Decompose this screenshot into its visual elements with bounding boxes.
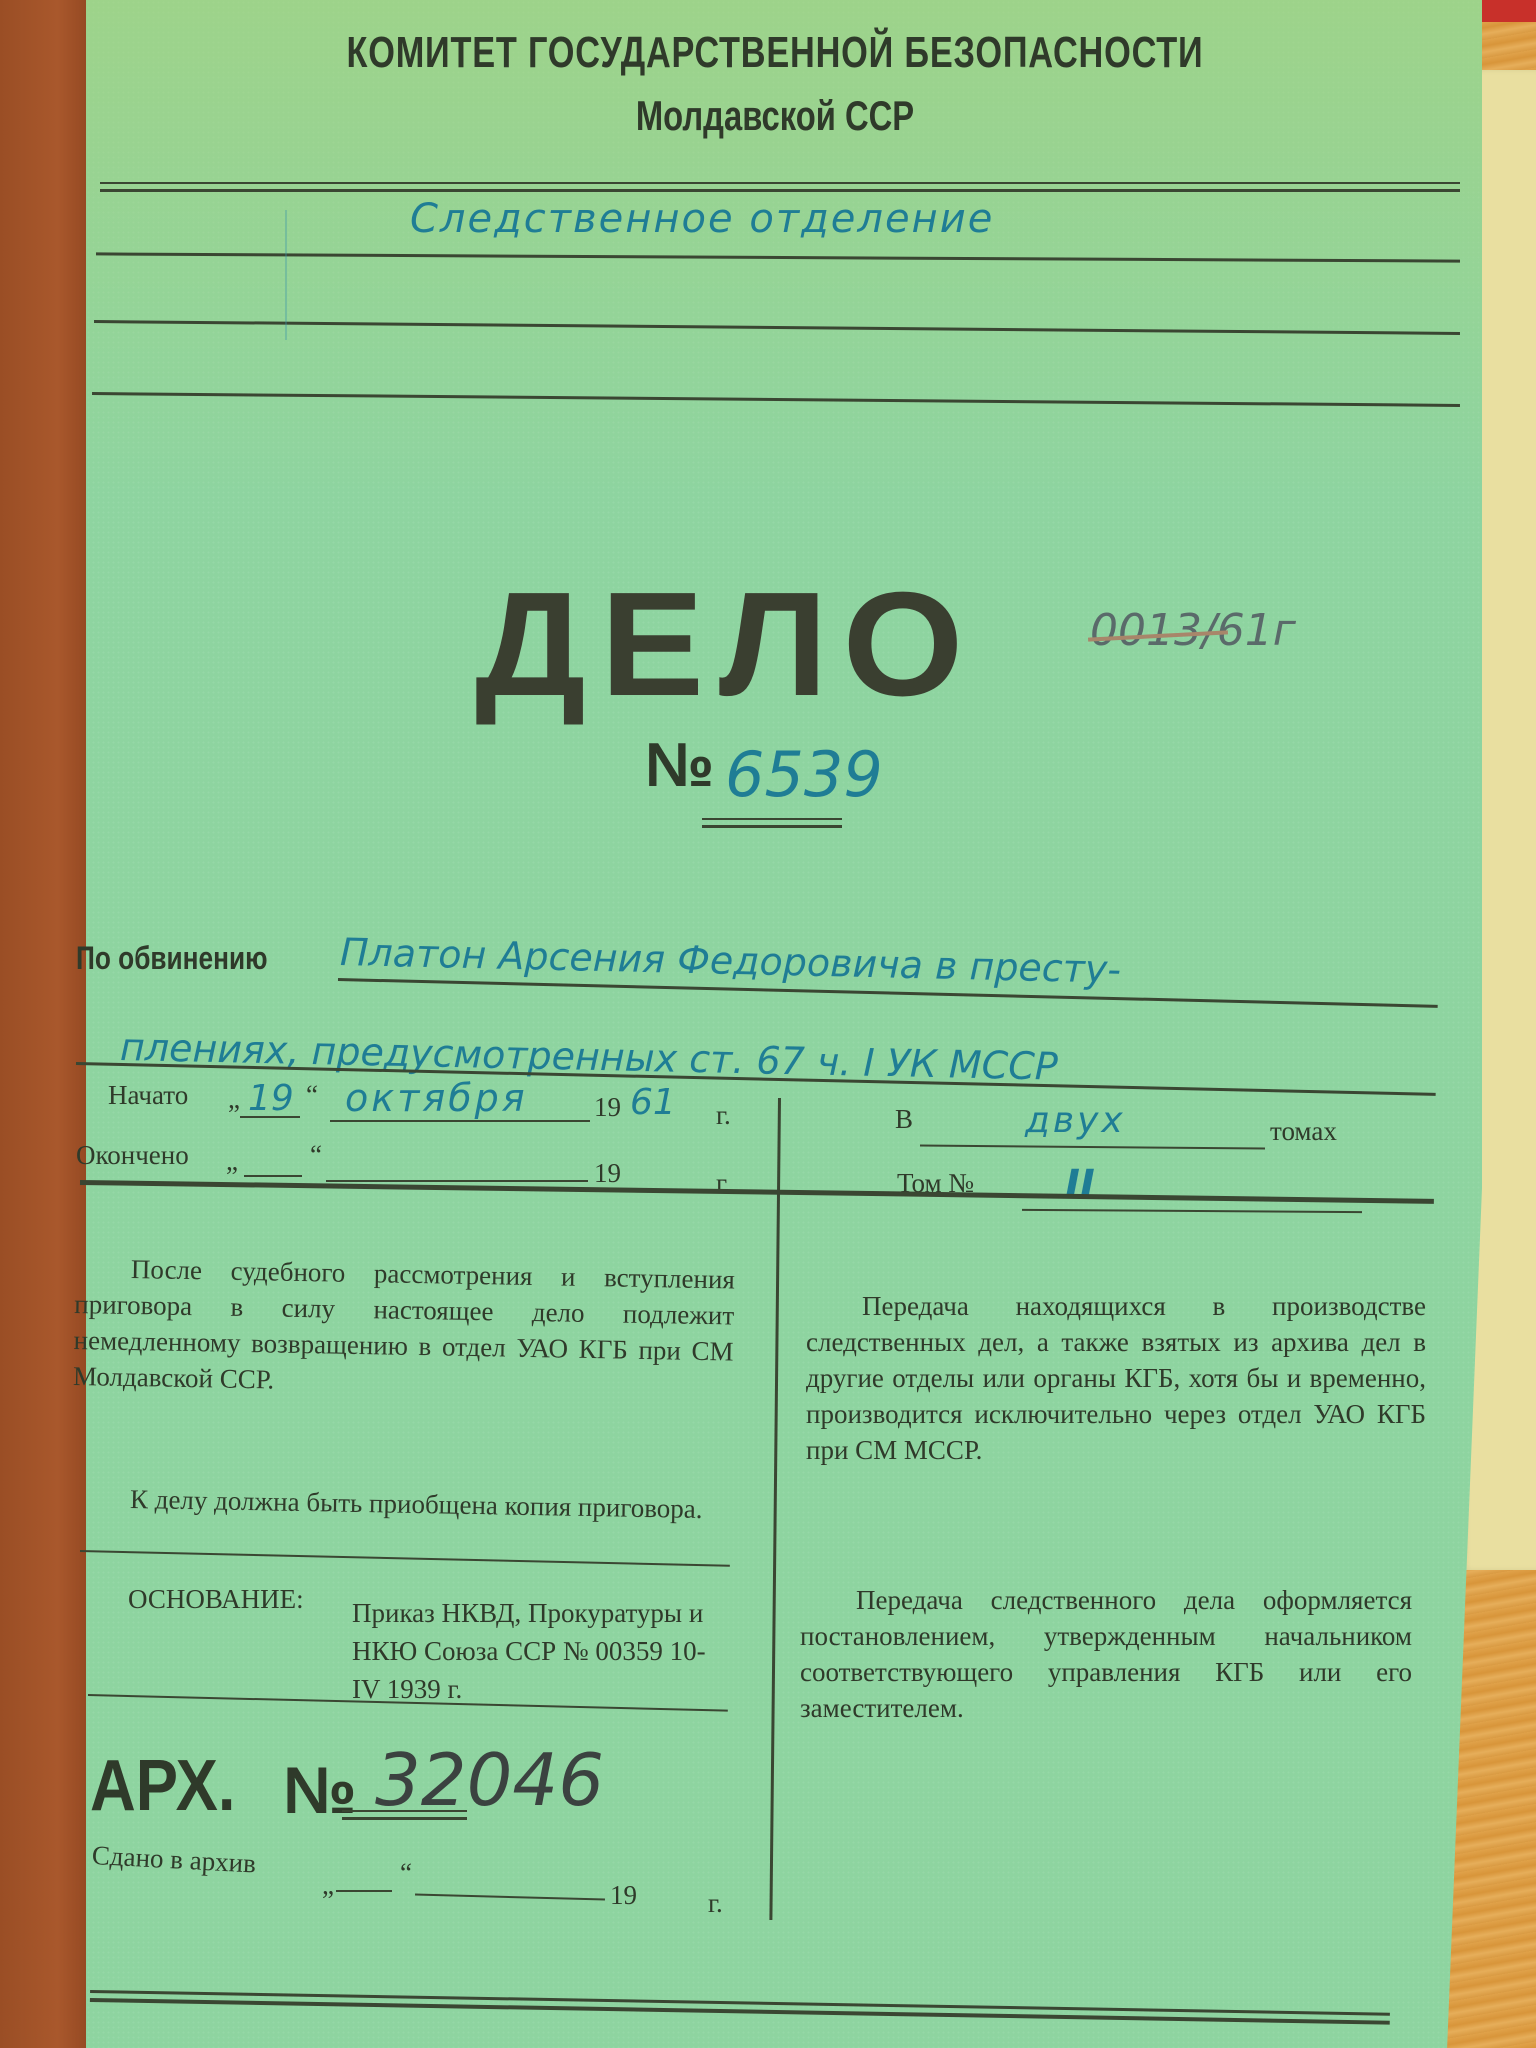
- volume-number: II: [1065, 1162, 1095, 1208]
- faint-margin-mark: [285, 210, 287, 340]
- case-title: ДЕЛО: [475, 560, 978, 730]
- agency-subtitle: Молдавской ССР: [295, 92, 1254, 140]
- transfer-formalization: Передача следственного дела офор­мляется…: [800, 1582, 1412, 1726]
- basis-text: Приказ НКВД, Прокура­туры и НКЮ Союза СС…: [352, 1594, 732, 1708]
- archive-number-underline: [342, 1810, 467, 1820]
- case-number-underline: [702, 818, 842, 828]
- open-quote: „: [228, 1084, 240, 1115]
- basis-label: ОСНОВАНИЕ:: [128, 1584, 304, 1615]
- red-object-corner: [1480, 0, 1536, 22]
- close-quote: “: [306, 1080, 318, 1111]
- started-month-underline: [330, 1120, 590, 1122]
- archive-year-g: г.: [708, 1888, 723, 1919]
- started-year-g: г.: [716, 1100, 731, 1131]
- charge-label: По обвинению: [76, 940, 268, 977]
- ended-label: Окончено: [76, 1140, 189, 1171]
- header-double-rule: [100, 182, 1460, 192]
- archive-label: АРХ.: [90, 1745, 235, 1827]
- old-number-struck: 0013: [1090, 605, 1202, 656]
- volumes-count: двух: [1025, 1100, 1126, 1141]
- started-year-prefix: 19: [594, 1092, 621, 1123]
- old-case-number: 0013/61г: [1090, 605, 1296, 656]
- ended-year-g: г.: [716, 1168, 731, 1199]
- started-day: 19: [248, 1078, 294, 1119]
- archive-day-underline: [336, 1890, 392, 1892]
- volumes-label: томах: [1270, 1116, 1337, 1147]
- started-label: Начато: [108, 1080, 188, 1111]
- started-year-suffix: 61: [630, 1082, 676, 1123]
- agency-title: КОМИТЕТ ГОСУДАРСТВЕННОЙ БЕЗОПАСНОСТИ: [295, 28, 1254, 78]
- ended-year-prefix: 19: [594, 1158, 621, 1189]
- open-quote: „: [322, 1870, 334, 1901]
- case-number: 6539: [725, 738, 883, 811]
- transfer-instructions: Передача находящихся в произ­водстве сле…: [806, 1288, 1426, 1468]
- department-handwritten: Следственное отделение: [410, 196, 994, 242]
- folder-binder-spine: [0, 0, 96, 2048]
- archive-year-prefix: 19: [610, 1880, 637, 1911]
- open-quote: „: [226, 1146, 238, 1177]
- started-day-underline: [240, 1116, 300, 1118]
- close-quote: “: [400, 1858, 412, 1889]
- ended-day-underline: [244, 1175, 302, 1177]
- ended-month-underline: [326, 1180, 588, 1182]
- case-file-cover: [86, 0, 1482, 2048]
- return-instructions: После судебного рассмотрения и всту­плен…: [73, 1250, 735, 1405]
- close-quote: “: [310, 1140, 322, 1171]
- case-number-sign: №: [645, 730, 714, 801]
- volumes-in-label: В: [895, 1104, 913, 1135]
- archive-abbr: АРХ.: [90, 1746, 235, 1826]
- started-month: октября: [345, 1076, 528, 1120]
